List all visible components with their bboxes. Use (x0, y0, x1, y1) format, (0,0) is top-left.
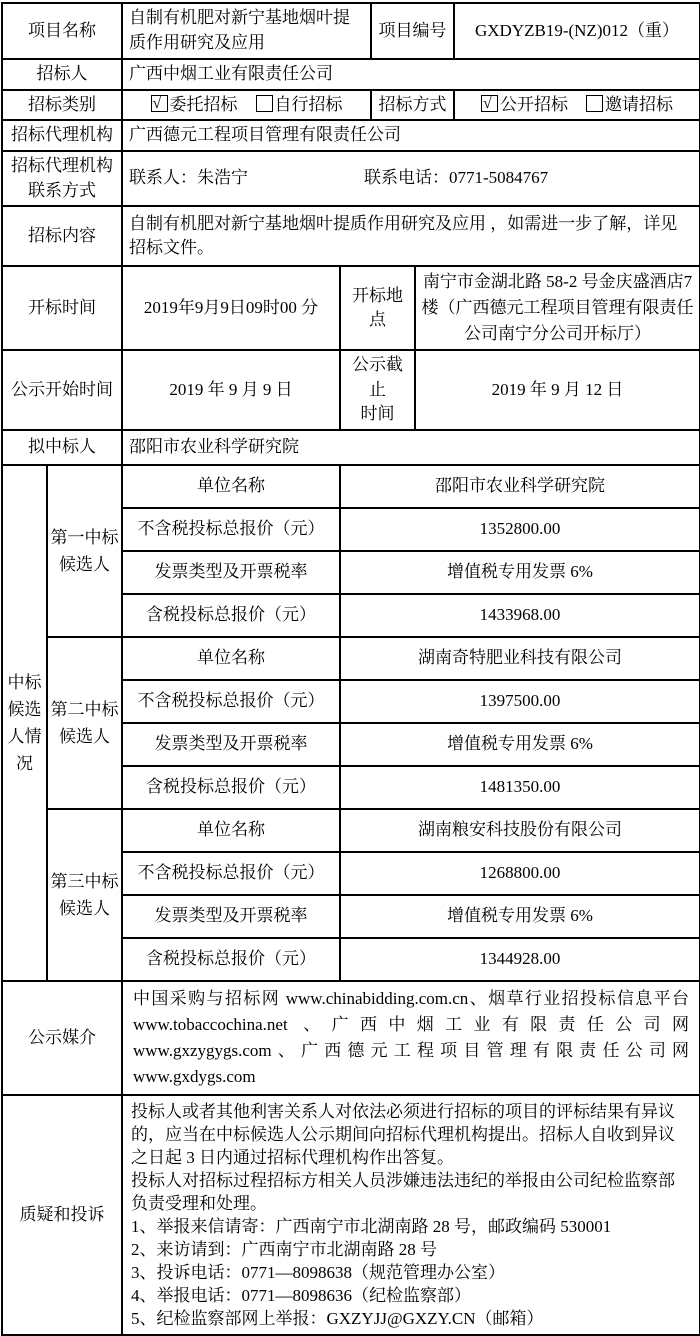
candidate-2-field-value: 1397500.00 (340, 680, 700, 723)
agency-contact-label-line1: 招标代理机构 (6, 154, 118, 179)
option-label: 邀请招标 (605, 95, 673, 114)
candidate-2-field-label: 单位名称 (122, 637, 340, 680)
agency-label: 招标代理机构 (2, 120, 122, 151)
candidate-1-rank: 第一中标候选人 (47, 465, 122, 637)
candidate-3-field-label: 发票类型及开票税率 (122, 895, 340, 938)
media-line: 中国采购与招标网 www.chinabidding.com.cn、烟草行业招投标… (133, 986, 689, 1012)
tender-content-label: 招标内容 (2, 206, 122, 266)
option-weituo: 委托招标 (151, 93, 238, 118)
candidate-1-field-label: 含税投标总报价（元） (122, 594, 340, 637)
candidate-1-field-value: 邵阳市农业科学研究院 (340, 465, 700, 508)
candidate-1-field-label: 单位名称 (122, 465, 340, 508)
tender-method-options: 公开招标 邀请招标 (454, 90, 700, 121)
agency-contact-label: 招标代理机构 联系方式 (2, 151, 122, 206)
tenderer-label: 招标人 (2, 59, 122, 90)
checkbox-checked-icon (481, 95, 498, 112)
open-place-value: 南宁市金湖北路 58-2 号金庆盛酒店7楼（广西德元工程项目管理有限责任公司南宁… (415, 266, 700, 350)
open-place-label: 开标地点 (340, 266, 415, 350)
contact-phone: 联系电话：0771-5084767 (364, 166, 548, 191)
proposed-winner-label: 拟中标人 (2, 430, 122, 465)
option-zixing: 自行招标 (256, 93, 343, 118)
publicity-start-label: 公示开始时间 (2, 350, 122, 430)
candidate-1-field-label: 不含税投标总报价（元） (122, 508, 340, 551)
checkbox-unchecked-icon (586, 95, 603, 112)
complaints-item: 3、投诉电话：0771—8098638（规范管理办公室） (131, 1261, 691, 1284)
candidate-3-field-label: 不含税投标总报价（元） (122, 852, 340, 895)
complaints-item: 1、举报来信请寄：广西南宁市北湖南路 28 号，邮政编码 530001 (131, 1215, 691, 1238)
candidate-2-field-label: 不含税投标总报价（元） (122, 680, 340, 723)
publicity-end-label-line1: 公示截止 (344, 353, 411, 402)
candidate-3-field-label: 含税投标总报价（元） (122, 938, 340, 981)
agency-value: 广西德元工程项目管理有限责任公司 (122, 120, 700, 151)
complaints-item: 5、纪检监察部网上举报：GXZYJJ@GXZY.CN（邮箱） (131, 1307, 691, 1330)
candidate-2-rank: 第二中标候选人 (47, 637, 122, 809)
option-gongkai: 公开招标 (481, 93, 568, 118)
tender-method-label: 招标方式 (371, 90, 454, 121)
candidate-3-field-value: 1268800.00 (340, 852, 700, 895)
project-name-value: 自制有机肥对新宁基地烟叶提质作用研究及应用 (122, 3, 371, 59)
complaints-label: 质疑和投诉 (2, 1095, 122, 1335)
media-line: www.gxzygygs.com、广西德元工程项目管理有限责任公司网 (133, 1038, 689, 1064)
candidate-1-field-value: 1352800.00 (340, 508, 700, 551)
project-no-value: GXDYZB19-(NZ)012（重） (454, 3, 700, 59)
checkbox-checked-icon (151, 95, 168, 112)
candidate-3-rank: 第三中标候选人 (47, 809, 122, 981)
publicity-start-value: 2019 年 9 月 9 日 (122, 350, 340, 430)
complaints-item: 4、举报电话：0771—8098636（纪检监察部） (131, 1284, 691, 1307)
candidate-2-field-label: 含税投标总报价（元） (122, 766, 340, 809)
checkbox-unchecked-icon (256, 95, 273, 112)
tender-announcement-table: 项目名称 自制有机肥对新宁基地烟叶提质作用研究及应用 项目编号 GXDYZB19… (1, 2, 700, 1336)
option-label: 自行招标 (275, 95, 343, 114)
open-time-value: 2019年9月9日09时00 分 (122, 266, 340, 350)
media-label: 公示媒介 (2, 981, 122, 1095)
candidate-2-field-label: 发票类型及开票税率 (122, 723, 340, 766)
candidate-1-field-label: 发票类型及开票税率 (122, 551, 340, 594)
publicity-end-label: 公示截止 时间 (340, 350, 415, 430)
candidate-1-field-value: 增值税专用发票 6% (340, 551, 700, 594)
candidate-3-field-value: 增值税专用发票 6% (340, 895, 700, 938)
agency-contact-value: 联系人：朱浩宁 联系电话：0771-5084767 (122, 151, 700, 206)
complaints-item: 2、来访请到：广西南宁市北湖南路 28 号 (131, 1238, 691, 1261)
option-yaoqing: 邀请招标 (586, 93, 673, 118)
candidate-3-field-value: 湖南粮安科技股份有限公司 (340, 809, 700, 852)
candidate-2-field-value: 1481350.00 (340, 766, 700, 809)
candidate-2-field-value: 湖南奇特肥业科技有限公司 (340, 637, 700, 680)
project-name-label: 项目名称 (2, 3, 122, 59)
complaints-paragraph: 投标人或者其他利害关系人对依法必须进行招标的项目的评标结果有异议的，应当在中标候… (131, 1100, 691, 1169)
proposed-winner-value: 邵阳市农业科学研究院 (122, 430, 700, 465)
agency-contact-label-line2: 联系方式 (6, 179, 118, 204)
media-line: www.gxdygs.com (133, 1064, 689, 1090)
publicity-end-label-line2: 时间 (344, 402, 411, 427)
media-value: 中国采购与招标网 www.chinabidding.com.cn、烟草行业招投标… (122, 981, 700, 1095)
candidate-1-field-value: 1433968.00 (340, 594, 700, 637)
option-label: 委托招标 (170, 95, 238, 114)
complaints-paragraph: 投标人对招标过程招标方相关人员涉嫌违法违纪的举报由公司纪检监察部负责受理和处理。 (131, 1169, 691, 1215)
open-time-label: 开标时间 (2, 266, 122, 350)
publicity-end-value: 2019 年 9 月 12 日 (415, 350, 700, 430)
project-no-label: 项目编号 (371, 3, 454, 59)
tenderer-value: 广西中烟工业有限责任公司 (122, 59, 700, 90)
candidates-section-label: 中标候选人情况 (2, 465, 47, 981)
contact-person: 联系人：朱浩宁 (129, 166, 364, 191)
option-label: 公开招标 (500, 95, 568, 114)
tender-category-options: 委托招标 自行招标 (122, 90, 371, 121)
candidate-3-field-label: 单位名称 (122, 809, 340, 852)
tender-category-label: 招标类别 (2, 90, 122, 121)
tender-content-value: 自制有机肥对新宁基地烟叶提质作用研究及应用 ，如需进一步了解，详见招标文件。 (122, 206, 700, 266)
candidate-3-field-value: 1344928.00 (340, 938, 700, 981)
complaints-value: 投标人或者其他利害关系人对依法必须进行招标的项目的评标结果有异议的，应当在中标候… (122, 1095, 700, 1335)
candidate-2-field-value: 增值税专用发票 6% (340, 723, 700, 766)
media-line: www.tobaccochina.net 、广西中烟工业有限责任公司网 (133, 1012, 689, 1038)
